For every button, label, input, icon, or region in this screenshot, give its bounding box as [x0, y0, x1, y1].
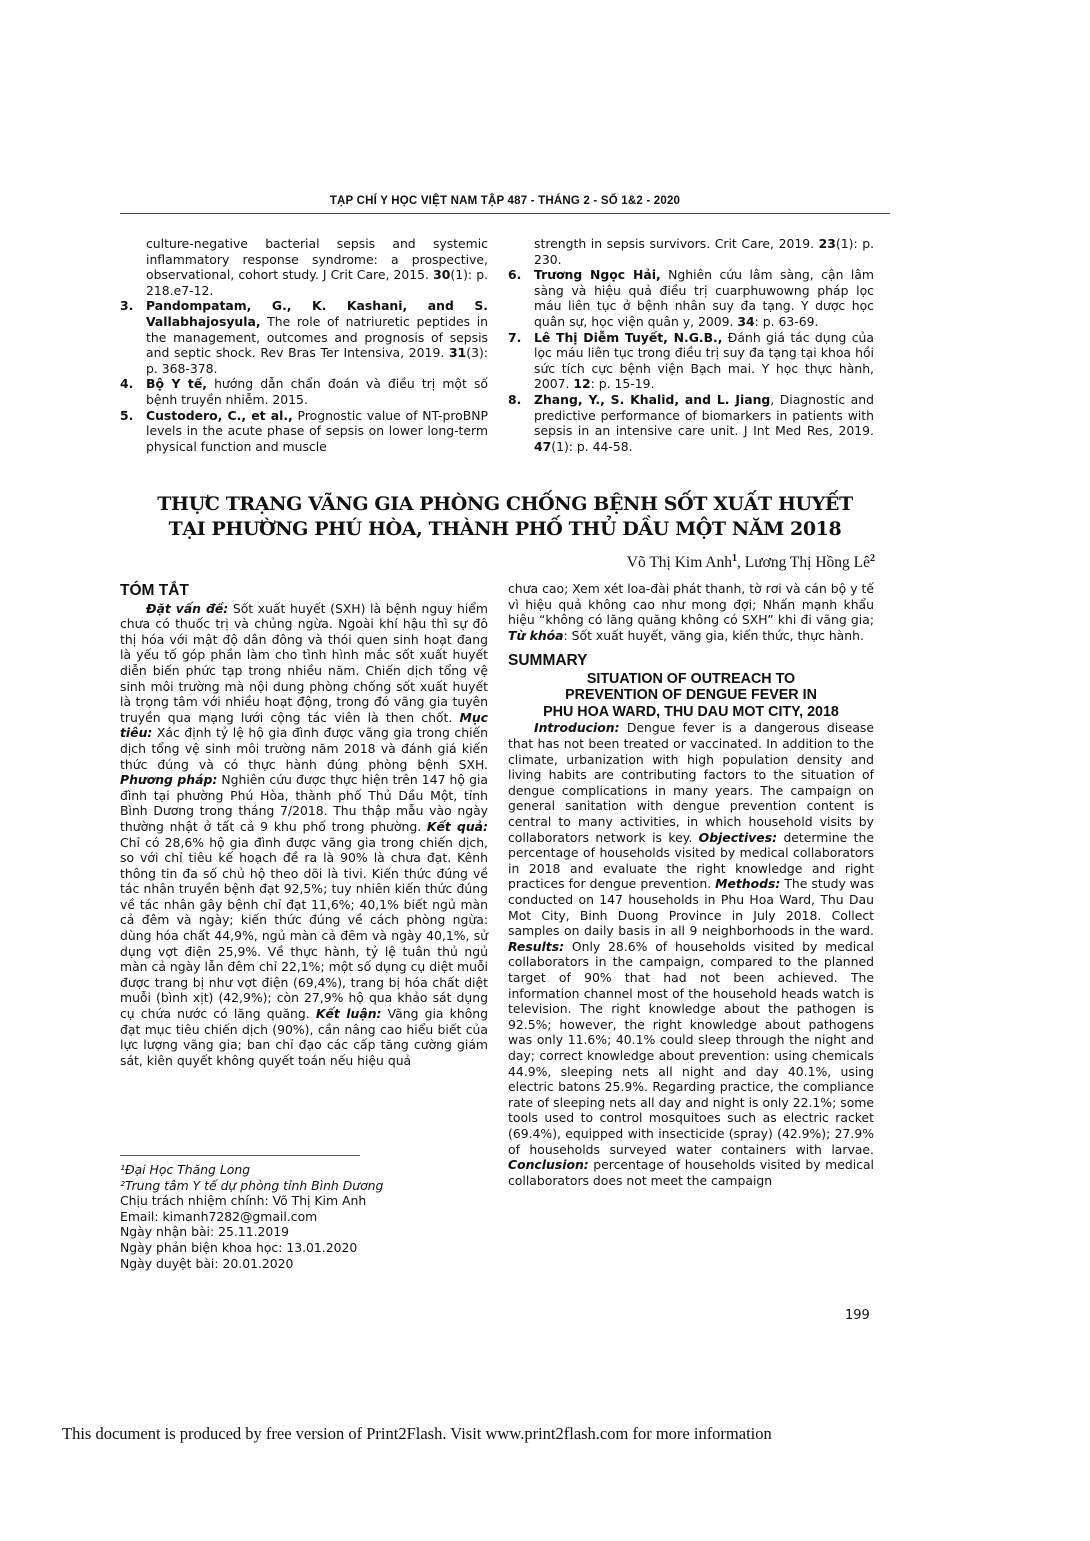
reference-item: 5. Custodero, C., et al., Prognostic val… — [120, 408, 488, 455]
reference-authors: Bộ Y tế, — [146, 376, 207, 391]
date-accepted: Ngày duyệt bài: 20.01.2020 — [120, 1256, 488, 1272]
reference-item: strength in sepsis survivors. Crit Care,… — [508, 236, 874, 267]
abstract-right-column: chưa cao; Xem xét loa-đài phát thanh, tờ… — [508, 581, 874, 1188]
section-heading: TÓM TẮT — [120, 583, 488, 599]
reference-number: 6. — [508, 267, 521, 283]
author-name: Võ Thị Kim Anh — [627, 554, 732, 571]
reference-item: culture-negative bacterial sepsis and sy… — [120, 236, 488, 298]
reference-authors: Zhang, Y., S. Khalid, and L. Jiang — [534, 392, 770, 407]
reference-authors: Lê Thị Diễm Tuyết, N.G.B., — [534, 330, 722, 345]
reference-number: 3. — [120, 298, 133, 314]
abstract-vietnamese: TÓM TẮT Đặt vấn đề: Sốt xuất huyết (SXH)… — [120, 583, 488, 1068]
corresponding-author: Chịu trách nhiệm chính: Võ Thị Kim Anh — [120, 1193, 488, 1209]
reference-number: 8. — [508, 392, 521, 408]
header-divider — [120, 213, 890, 214]
date-reviewed: Ngày phản biện khoa học: 13.01.2020 — [120, 1240, 488, 1256]
date-received: Ngày nhận bài: 25.11.2019 — [120, 1224, 488, 1240]
affiliation-2: ²Trung tâm Y tế dự phòng tỉnh Bình Dương — [120, 1178, 488, 1194]
reference-number: 7. — [508, 330, 521, 346]
reference-authors: Custodero, C., et al., — [146, 408, 293, 423]
abstract-english-body: Introducion: Dengue fever is a dangerous… — [508, 720, 874, 1188]
page-number: 199 — [845, 1308, 870, 1323]
abstract-vi-continuation: chưa cao; Xem xét loa-đài phát thanh, tờ… — [508, 581, 874, 643]
references-right-column: strength in sepsis survivors. Crit Care,… — [508, 236, 874, 454]
watermark-notice: This document is produced by free versio… — [62, 1424, 772, 1444]
english-title: SITUATION OF OUTREACH TO PREVENTION OF D… — [508, 671, 874, 721]
reference-item: 7. Lê Thị Diễm Tuyết, N.G.B., Đánh giá t… — [508, 330, 874, 392]
section-heading: SUMMARY — [508, 653, 874, 669]
references-left-column: culture-negative bacterial sepsis and sy… — [120, 236, 488, 454]
article-title: THỰC TRẠNG VÃNG GIA PHÒNG CHỐNG BỆNH SỐT… — [120, 492, 890, 542]
reference-item: 3. Pandompatam, G., K. Kashani, and S. V… — [120, 298, 488, 376]
footnotes: ¹Đại Học Thăng Long ²Trung tâm Y tế dự p… — [120, 1162, 488, 1271]
article-authors: Võ Thị Kim Anh1, Lương Thị Hồng Lê2 — [627, 553, 875, 572]
footnote-divider — [120, 1155, 360, 1156]
email: Email: kimanh7282@gmail.com — [120, 1209, 488, 1225]
reference-number: 4. — [120, 376, 133, 392]
journal-header: TẠP CHÍ Y HỌC VIỆT NAM TẬP 487 - THÁNG 2… — [120, 195, 890, 207]
affiliation-1: ¹Đại Học Thăng Long — [120, 1162, 488, 1178]
reference-number: 5. — [120, 408, 133, 424]
reference-item: 8. Zhang, Y., S. Khalid, and L. Jiang, D… — [508, 392, 874, 454]
reference-authors: Trương Ngọc Hải, — [534, 267, 661, 282]
reference-item: 6. Trương Ngọc Hải, Nghiên cứu lâm sàng,… — [508, 267, 874, 329]
abstract-body: Đặt vấn đề: Sốt xuất huyết (SXH) là bệnh… — [120, 601, 488, 1069]
author-name: Lương Thị Hồng Lê — [745, 554, 870, 571]
reference-item: 4. Bộ Y tế, hướng dẫn chẩn đoán và điều … — [120, 376, 488, 407]
